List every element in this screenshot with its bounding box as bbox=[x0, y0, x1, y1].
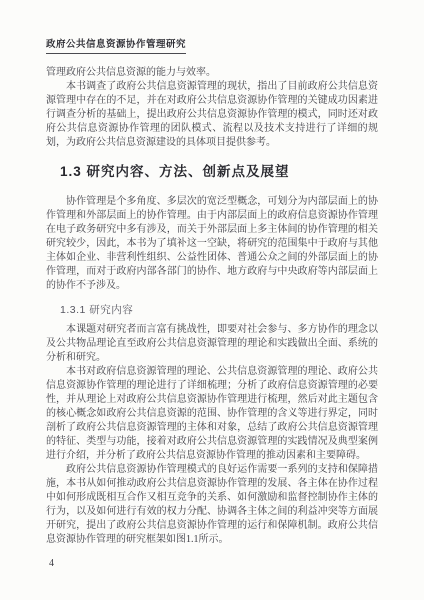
running-head: 政府公共信息资源协作管理研究 bbox=[46, 40, 186, 54]
body-paragraph: 本书对政府信息资源管理的理论、公共信息资源管理的理论、政府公共信息资源协作管理的… bbox=[46, 365, 378, 463]
book-page: 政府公共信息资源协作管理研究 管理政府公共信息资源的能力与效率。 本书调查了政府… bbox=[0, 0, 424, 600]
body-paragraph: 政府公共信息资源协作管理模式的良好运作需要一系列的支持和保障措施，本书从如何推动… bbox=[46, 463, 378, 547]
body-paragraph: 本课题对研究者而言富有挑战性，即要对社会参与、多方协作的理念以及公共物品理论直至… bbox=[46, 323, 378, 365]
section-heading-1-3: 1.3 研究内容、方法、创新点及展望 bbox=[46, 163, 378, 181]
page-number: 4 bbox=[49, 558, 54, 569]
body-paragraph-continuation: 管理政府公共信息资源的能力与效率。 bbox=[46, 66, 378, 80]
subsection-heading-1-3-1: 1.3.1 研究内容 bbox=[46, 304, 378, 317]
body-paragraph-intro: 本书调查了政府公共信息资源管理的现状，指出了目前政府公共信息资源管理中存在的不足… bbox=[46, 80, 378, 150]
page-content: 管理政府公共信息资源的能力与效率。 本书调查了政府公共信息资源管理的现状，指出了… bbox=[46, 66, 378, 547]
body-paragraph-section-intro: 协作管理是个多角度、多层次的宽泛型概念，可划分为内部层面上的协作管理和外部层面上… bbox=[46, 195, 378, 293]
